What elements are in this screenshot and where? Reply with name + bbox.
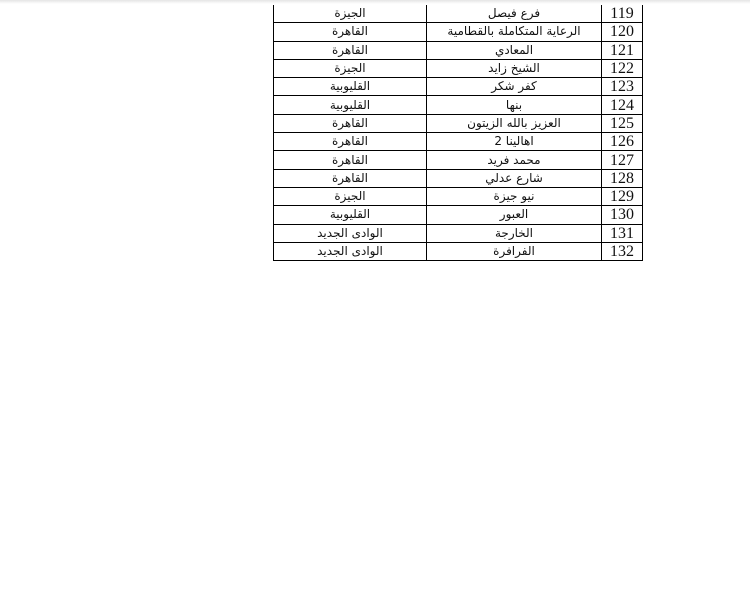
row-number: 126 <box>602 133 643 151</box>
governorate: القليوبية <box>274 206 427 224</box>
branch-name: الرعاية المتكاملة بالقطامية <box>427 23 602 41</box>
governorate: القاهرة <box>274 23 427 41</box>
table-row: 121 المعادي القاهرة <box>274 41 643 59</box>
table-row: 119 فرع فيصل الجيزة <box>274 5 643 23</box>
table-row: 128 شارع عدلي القاهرة <box>274 169 643 187</box>
branch-name: محمد فريد <box>427 151 602 169</box>
governorate: القاهرة <box>274 151 427 169</box>
branch-name: الفرافرة <box>427 242 602 260</box>
branch-name: العزيز بالله الزيتون <box>427 114 602 132</box>
row-number: 128 <box>602 169 643 187</box>
table-row: 130 العبور القليوبية <box>274 206 643 224</box>
branch-name: المعادي <box>427 41 602 59</box>
row-number: 127 <box>602 151 643 169</box>
governorate: القليوبية <box>274 78 427 96</box>
table-row: 129 نيو جيزة الجيزة <box>274 187 643 205</box>
governorate: القاهرة <box>274 114 427 132</box>
governorate: القليوبية <box>274 96 427 114</box>
row-number: 125 <box>602 114 643 132</box>
row-number: 131 <box>602 224 643 242</box>
row-number: 120 <box>602 23 643 41</box>
governorate: الجيزة <box>274 187 427 205</box>
table-row: 120 الرعاية المتكاملة بالقطامية القاهرة <box>274 23 643 41</box>
row-number: 129 <box>602 187 643 205</box>
branch-name: اهالينا 2 <box>427 133 602 151</box>
branch-name: العبور <box>427 206 602 224</box>
row-number: 119 <box>602 5 643 23</box>
branch-name: كفر شكر <box>427 78 602 96</box>
table-row: 127 محمد فريد القاهرة <box>274 151 643 169</box>
table-row: 123 كفر شكر القليوبية <box>274 78 643 96</box>
table-row: 125 العزيز بالله الزيتون القاهرة <box>274 114 643 132</box>
row-number: 132 <box>602 242 643 260</box>
governorate: الوادى الجديد <box>274 242 427 260</box>
governorate: الجيزة <box>274 59 427 77</box>
row-number: 124 <box>602 96 643 114</box>
branch-name: نيو جيزة <box>427 187 602 205</box>
branch-name: الشيخ زايد <box>427 59 602 77</box>
branches-table: 119 فرع فيصل الجيزة 120 الرعاية المتكامل… <box>273 5 643 261</box>
document-page: 119 فرع فيصل الجيزة 120 الرعاية المتكامل… <box>0 0 750 606</box>
governorate: الجيزة <box>274 5 427 23</box>
row-number: 130 <box>602 206 643 224</box>
table-row: 132 الفرافرة الوادى الجديد <box>274 242 643 260</box>
governorate: القاهرة <box>274 133 427 151</box>
governorate: القاهرة <box>274 41 427 59</box>
table-row: 124 بنها القليوبية <box>274 96 643 114</box>
branch-name: شارع عدلي <box>427 169 602 187</box>
row-number: 121 <box>602 41 643 59</box>
row-number: 123 <box>602 78 643 96</box>
branch-name: الخارجة <box>427 224 602 242</box>
row-number: 122 <box>602 59 643 77</box>
governorate: القاهرة <box>274 169 427 187</box>
branch-name: بنها <box>427 96 602 114</box>
table-row: 122 الشيخ زايد الجيزة <box>274 59 643 77</box>
branch-name: فرع فيصل <box>427 5 602 23</box>
table-row: 126 اهالينا 2 القاهرة <box>274 133 643 151</box>
table-row: 131 الخارجة الوادى الجديد <box>274 224 643 242</box>
governorate: الوادى الجديد <box>274 224 427 242</box>
